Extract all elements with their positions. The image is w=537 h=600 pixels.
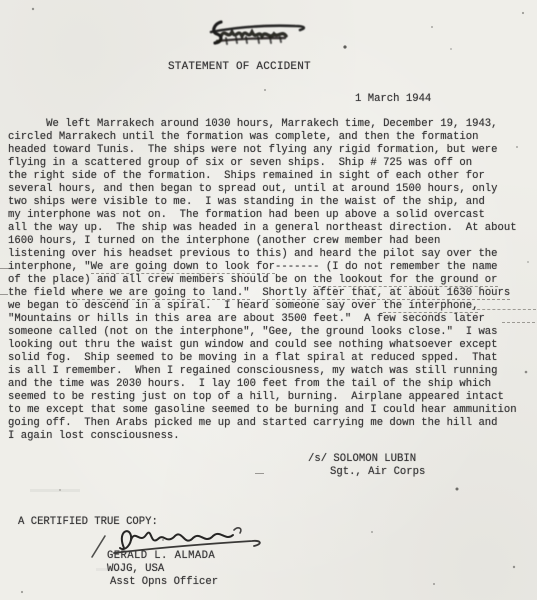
signature-line: /s/ SOLOMON LUBIN [308,453,416,465]
typed-text: two ships were visible to me. I was stan… [8,196,485,208]
statement-line: "Mountains or hills in this area are abo… [8,313,533,326]
typed-text: flying in a scattered group of six or se… [8,157,472,169]
statement-line: and the time was 2030 hours. I lay 100 f… [8,378,533,391]
statement-line: listening over his headset previous to t… [8,248,533,261]
statement-line: circled Marrakech until the formation wa… [8,131,533,144]
pencil-underlined-text: Shortly after that, at about 1630 hours [262,287,510,300]
pencil-underlined-text: We are going down to look for [91,261,275,274]
scanned-document-page: STATEMENT OF ACCIDENT 1 March 1944 We le… [0,0,537,600]
pencil-mark-right-1 [472,309,536,310]
typed-text: several hours, and then began to spread … [8,183,498,195]
statement-line: we began to descend in a spiral. I heard… [8,300,533,313]
typed-text: we began to descend in a spiral. I heard… [8,300,383,312]
statement-line: interphone, "We are going down to look f… [8,261,533,274]
typed-text: of the place) and all crew members shoul… [8,274,313,286]
statement-line: two ships were visible to me. I was stan… [8,196,533,209]
statement-line: the right side of the formation. Ships r… [8,170,533,183]
pencil-underlined-text: where we are going to land." [72,287,250,300]
statement-line: my interphone was not on. The formation … [8,209,533,222]
statement-line: looking out thru the waist gun window an… [8,339,533,352]
statement-line: headed toward Tunis. The ships were not … [8,144,533,157]
statement-line: someone called (not on the interphone", … [8,326,533,339]
pencil-underlined-text: the interphone, [383,300,478,313]
typed-text: ------- (I do not remember the name [275,261,498,273]
statement-line: several hours, and then began to spread … [8,183,533,196]
typed-text: listening over his headset previous to t… [8,248,498,260]
pencil-mark-left-2 [0,294,8,295]
document-title: STATEMENT OF ACCIDENT [168,61,311,73]
signature-rank: Sgt., Air Corps [330,466,425,478]
statement-line: the field where we are going to land." S… [8,287,533,300]
certifier-name: GERALD L. ALMADA [107,550,215,562]
statement-line: 1600 hours, I turned on the interphone (… [8,235,533,248]
typed-text: seemed to be resting just on top of a hi… [8,391,504,403]
statement-line: going off. Then Arabs picked me up and s… [8,417,533,430]
statement-line: is all I remember. When I regained consc… [8,365,533,378]
pencil-mark-right-2 [502,322,535,323]
certifier-title: Asst Opns Officer [110,576,218,588]
typed-text: solid fog. Ship seemed to be moving in a… [8,352,498,364]
typed-text: to me except that some gasoline seemed t… [8,404,517,416]
pencil-mark-mid [255,473,264,474]
typed-text: headed toward Tunis. The ships were not … [8,144,498,156]
statement-line: I again lost consciousness. [8,430,533,443]
statement-line: flying in a scattered group of six or se… [8,157,533,170]
pencil-underlined-text: the lookout for the ground or [313,274,497,287]
crossed-out-handwriting-mark [205,11,315,51]
statement-body: We left Marrakech around 1030 hours, Mar… [8,118,533,443]
typed-text: going off. Then Arabs picked me up and s… [8,417,498,429]
document-date: 1 March 1944 [355,93,431,105]
typed-text: "Mountains or hills in this area are abo… [8,313,485,325]
statement-line: to me except that some gasoline seemed t… [8,404,533,417]
typed-text: someone called (not on the interphone", … [8,326,498,338]
typed-text: I again lost consciousness. [8,430,180,442]
statement-line: of the place) and all crew members shoul… [8,274,533,287]
typed-text: and the time was 2030 hours. I lay 100 f… [8,378,491,390]
statement-line: We left Marrakech around 1030 hours, Mar… [8,118,533,131]
typed-text [250,287,263,299]
typed-text: 1600 hours, I turned on the interphone (… [8,235,440,247]
typed-text: is all I remember. When I regained consc… [8,365,498,377]
statement-line: seemed to be resting just on top of a hi… [8,391,533,404]
typed-text: circled Marrakech until the formation wa… [8,131,478,143]
typed-text: my interphone was not on. The formation … [8,209,485,221]
statement-line: all the way up. The ship was headed in a… [8,222,533,235]
typed-text: We left Marrakech around 1030 hours, Mar… [8,118,498,130]
typed-text: looking out thru the waist gun window an… [8,339,498,351]
typed-text: the field [8,287,72,299]
typed-text: interphone, " [8,261,91,273]
certifier-rank: WOJG, USA [107,563,164,575]
statement-line: solid fog. Ship seemed to be moving in a… [8,352,533,365]
typed-text: the right side of the formation. Ships r… [8,170,485,182]
typed-text: all the way up. The ship was headed in a… [8,222,517,234]
pencil-mark-left-1 [0,268,11,269]
